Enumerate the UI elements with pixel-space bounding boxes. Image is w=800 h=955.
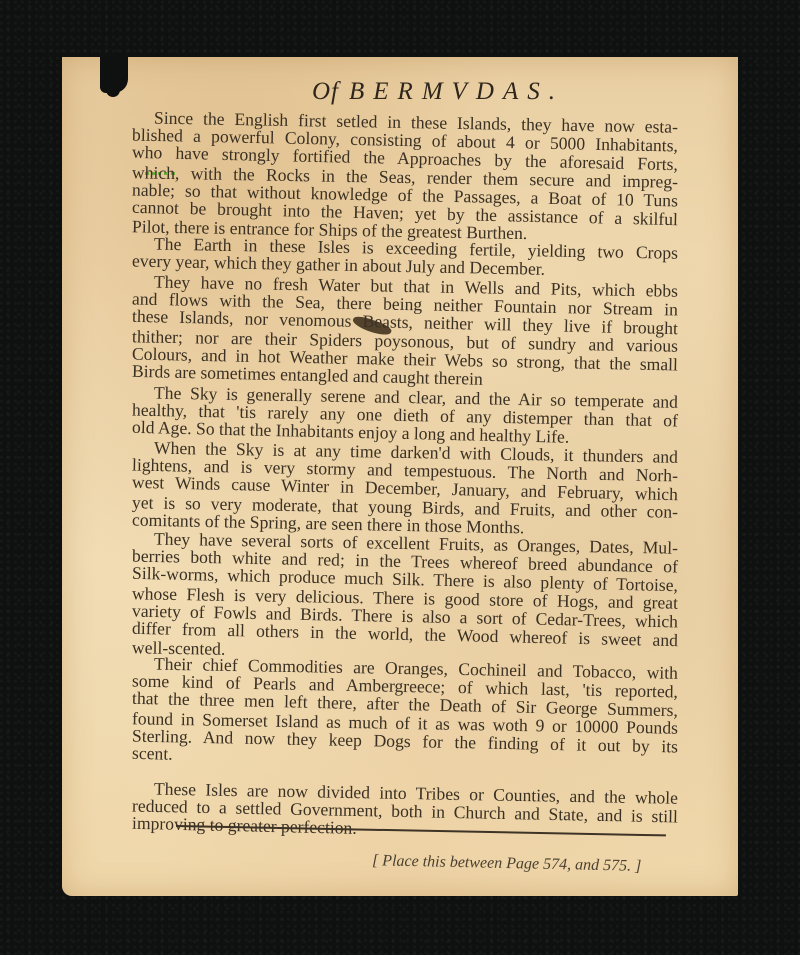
title-prefix: Of	[312, 78, 339, 105]
page-title: OfBERMVDAS.	[312, 78, 564, 106]
title-main: BERMVDAS.	[349, 78, 564, 105]
torn-corner-detail	[106, 87, 120, 97]
